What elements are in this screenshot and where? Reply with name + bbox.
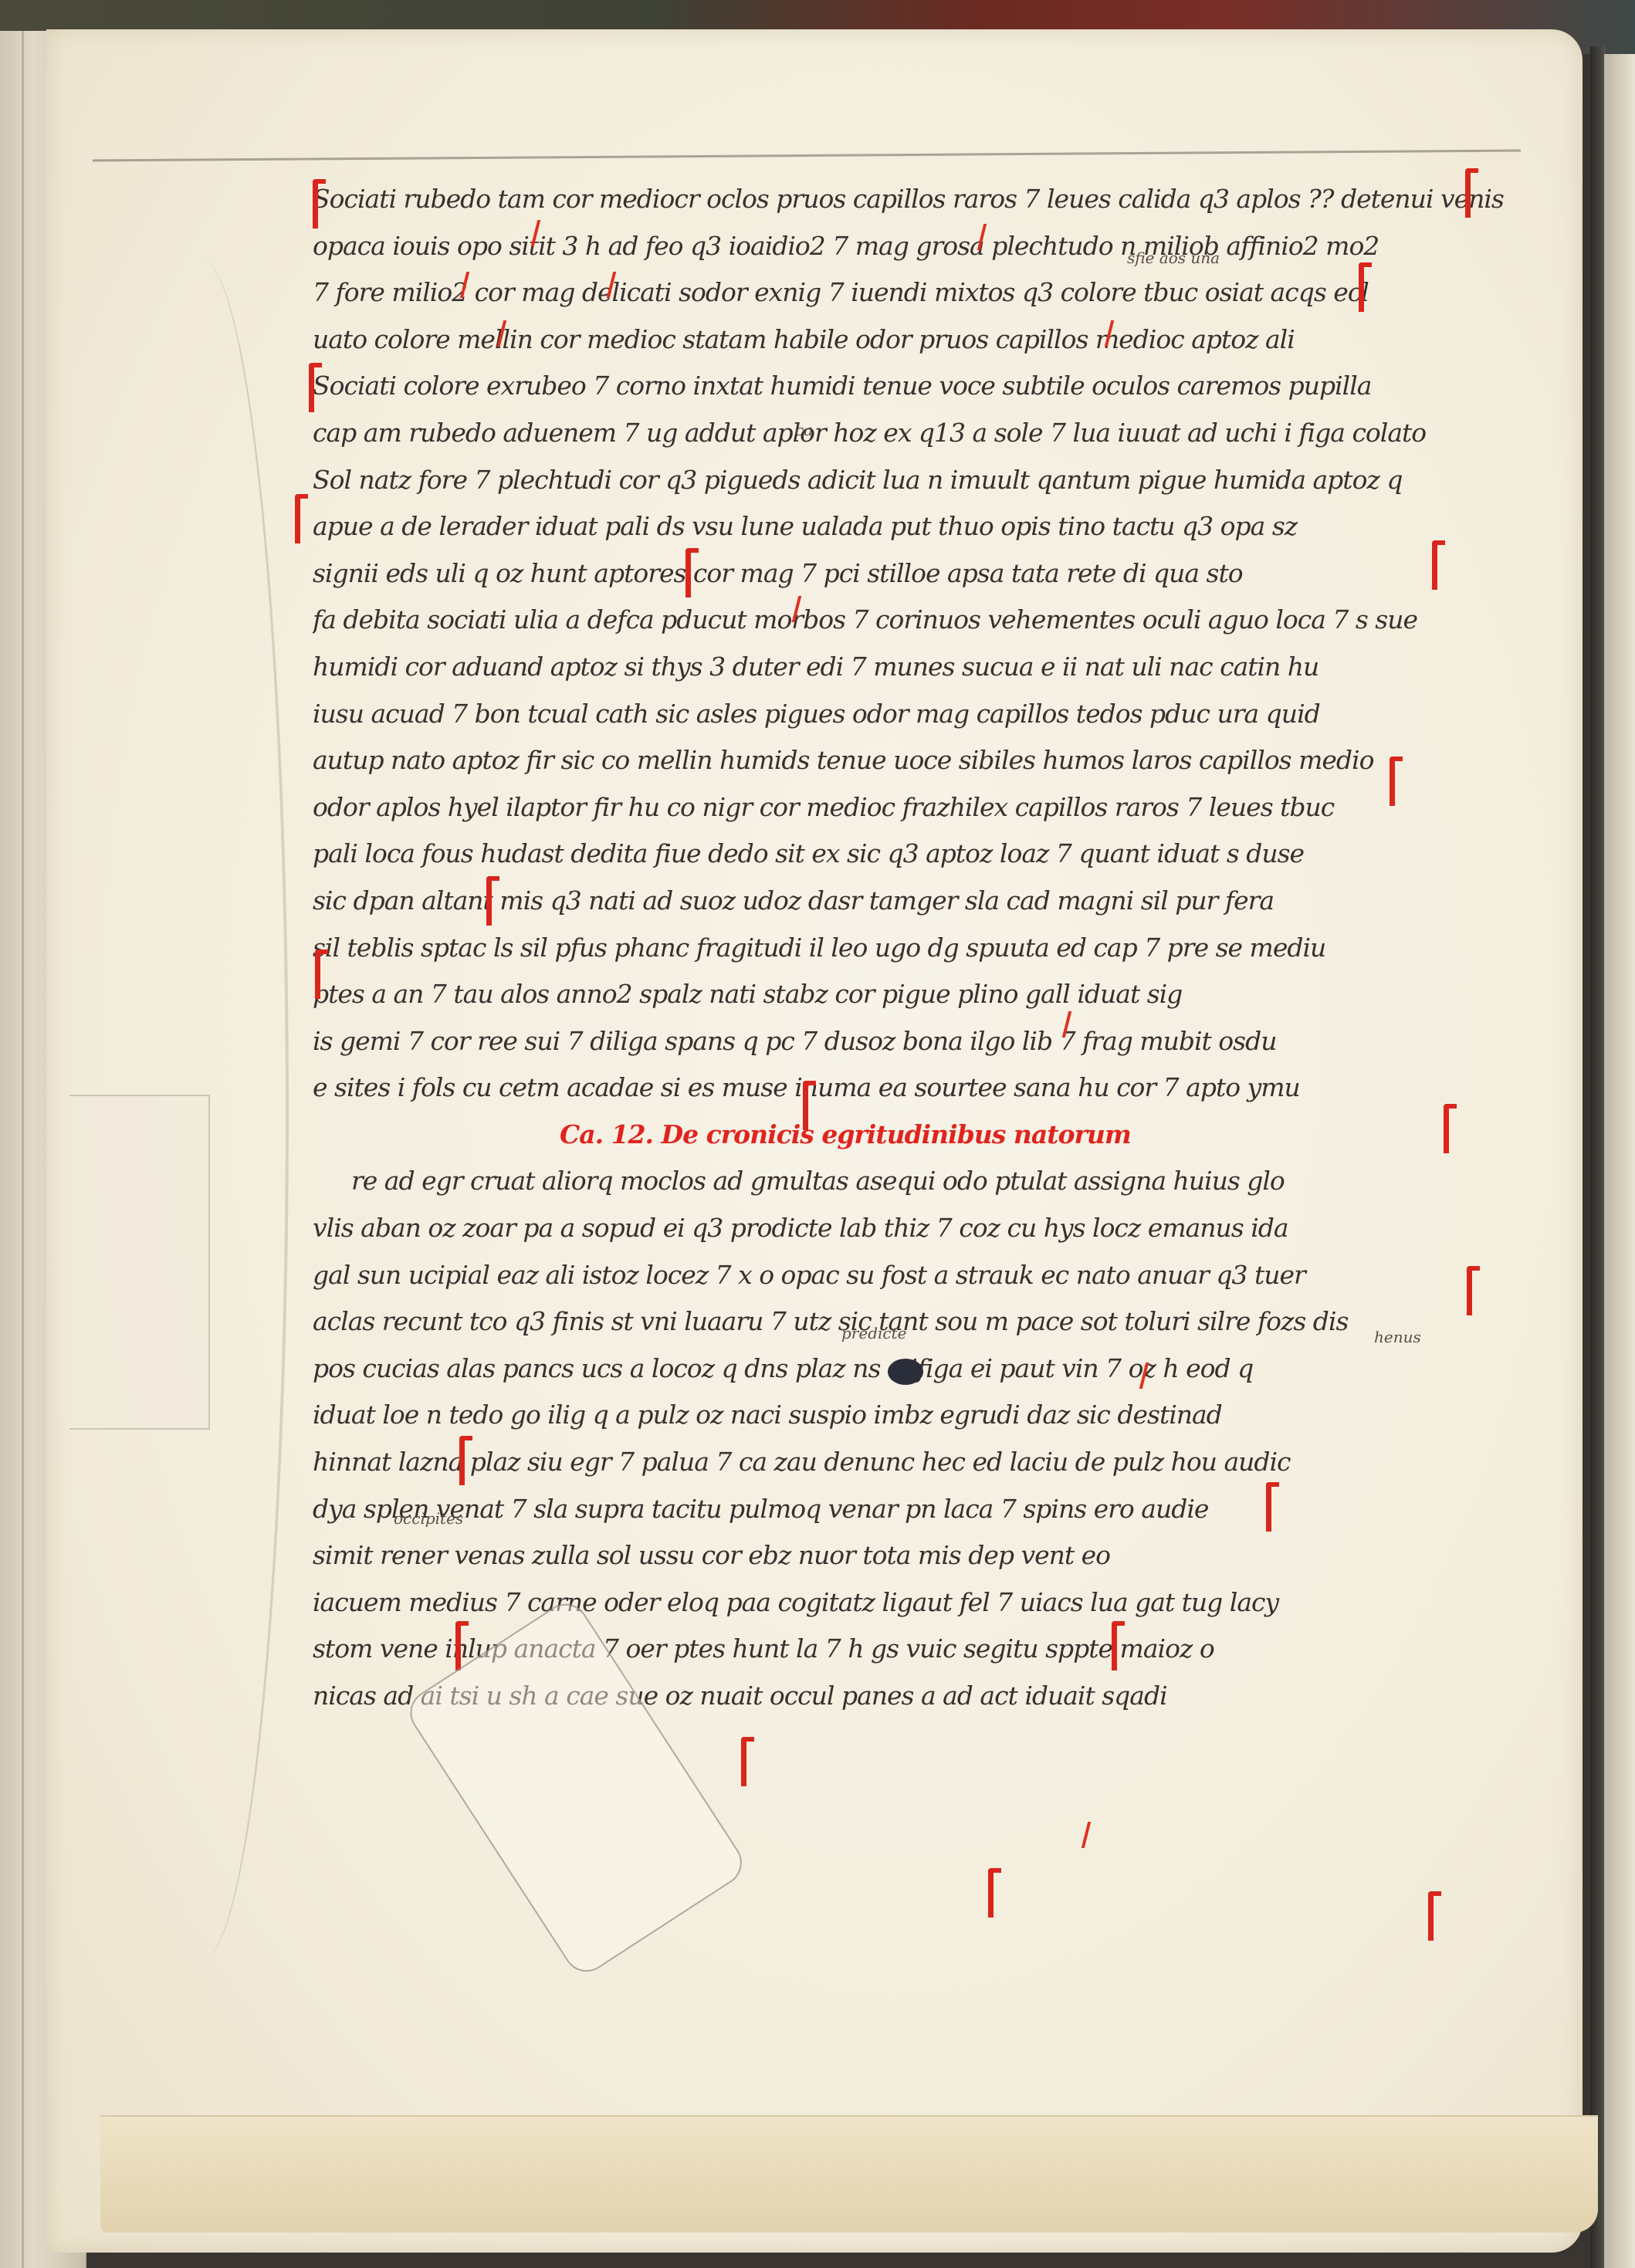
text-line: autup nato aptoz fir sic co mellin humid… bbox=[313, 737, 1525, 784]
text-line: Sociati rubedo tam cor mediocr oclos pru… bbox=[313, 176, 1525, 223]
text-line: sil teblis sptac ls sil pfus phanc fragi… bbox=[313, 925, 1525, 972]
bottom-fold bbox=[100, 2115, 1598, 2232]
page-curve bbox=[116, 261, 289, 1959]
text-block: Sociati rubedo tam cor mediocr oclos pru… bbox=[313, 176, 1525, 1720]
interlinear-gloss: ca bbox=[795, 421, 813, 439]
text-line: iusu acuad 7 bon tcual cath sic asles pi… bbox=[313, 691, 1525, 738]
text-line: odor aplos hyel ilaptor fir hu co nigr c… bbox=[313, 784, 1525, 831]
text-line: humidi cor aduand aptoz si thys 3 duter … bbox=[313, 644, 1525, 691]
text-line: ptes a an 7 tau alos anno2 spalz nati st… bbox=[313, 971, 1525, 1018]
text-line: fa debita sociati ulia a defca pducut mo… bbox=[313, 597, 1525, 644]
text-line: Sol natz fore 7 plechtudi cor q3 pigueds… bbox=[313, 457, 1525, 504]
interlinear-gloss: sfie aos una bbox=[1127, 249, 1220, 267]
paragraph-mark-icon bbox=[1390, 757, 1403, 806]
text-line: pali loca fous hudast dedita fiue dedo s… bbox=[313, 831, 1525, 878]
paragraph-mark-icon bbox=[1266, 1482, 1279, 1532]
text-line: e sites i fols cu cetm acadae si es muse… bbox=[313, 1065, 1525, 1112]
paragraph-mark-icon bbox=[1444, 1104, 1457, 1153]
text-line: uato colore mellin cor medioc statam hab… bbox=[313, 317, 1525, 364]
paragraph-mark-icon bbox=[313, 179, 326, 228]
text-line: gal sun ucipial eaz ali istoz locez 7 x … bbox=[313, 1252, 1525, 1299]
text-line: iacuem medius 7 carne oder eloq paa cogi… bbox=[313, 1579, 1525, 1627]
paragraph-mark-icon bbox=[685, 548, 699, 597]
text-line: iduat loe n tedo go ilig q a pulz oz nac… bbox=[313, 1392, 1525, 1439]
text-line: opaca iouis opo sitit 3 h ad feo q3 ioai… bbox=[313, 223, 1525, 270]
paragraph-mark-icon bbox=[988, 1868, 1001, 1918]
paragraph-mark-icon bbox=[295, 494, 308, 543]
text-line: aclas recunt tco q3 finis st vni luaaru … bbox=[313, 1298, 1525, 1346]
text-line: apue a de lerader iduat pali ds vsu lune… bbox=[313, 503, 1525, 550]
paragraph-mark-icon bbox=[803, 1081, 816, 1130]
interlinear-gloss: henus bbox=[1374, 1328, 1421, 1346]
paragraph-mark-icon bbox=[1432, 540, 1445, 590]
paragraph-mark-icon bbox=[1465, 168, 1478, 218]
rubric-heading: Ca. 12. De cronicis egritudinibus natoru… bbox=[313, 1112, 1525, 1159]
text-line: 7 fore milio2 cor mag delicati sodor exn… bbox=[313, 269, 1525, 317]
paragraph-mark-icon bbox=[1467, 1266, 1480, 1315]
paragraph-mark-icon bbox=[741, 1737, 754, 1786]
paragraph-mark-icon bbox=[1359, 262, 1372, 312]
right-gutter bbox=[1590, 46, 1606, 2268]
paragraph-mark-icon bbox=[315, 950, 328, 999]
text-line: dya splen venat 7 sla supra tacitu pulmo… bbox=[313, 1486, 1525, 1533]
next-page-edge bbox=[1604, 54, 1635, 2268]
text-line: simit rener venas zulla sol ussu cor ebz… bbox=[313, 1532, 1525, 1579]
paragraph-mark-icon bbox=[459, 1436, 472, 1485]
text-line: signii eds uli q oz hunt aptores cor mag… bbox=[313, 550, 1525, 597]
paragraph-mark-icon bbox=[309, 363, 322, 412]
text-line: vlis aban oz zoar pa a sopud ei q3 prodi… bbox=[313, 1205, 1525, 1252]
ink-blot bbox=[888, 1359, 923, 1385]
text-line: is gemi 7 cor ree sui 7 diliga spans q p… bbox=[313, 1018, 1525, 1065]
paragraph-mark-icon bbox=[486, 876, 499, 926]
interlinear-gloss: predicte bbox=[841, 1324, 906, 1342]
text-line: cap am rubedo aduenem 7 ug addut aplor h… bbox=[313, 410, 1525, 457]
paragraph-mark-icon bbox=[1428, 1891, 1441, 1941]
text-line: Sociati colore exrubeo 7 corno inxtat hu… bbox=[313, 363, 1525, 410]
paragraph-mark-icon bbox=[1112, 1621, 1125, 1671]
text-line: hinnat lazna plaz siu egr 7 palua 7 ca z… bbox=[313, 1439, 1525, 1486]
text-line: re ad egr cruat aliorq moclos ad gmultas… bbox=[313, 1158, 1525, 1205]
interlinear-gloss: occipites bbox=[394, 1509, 463, 1528]
